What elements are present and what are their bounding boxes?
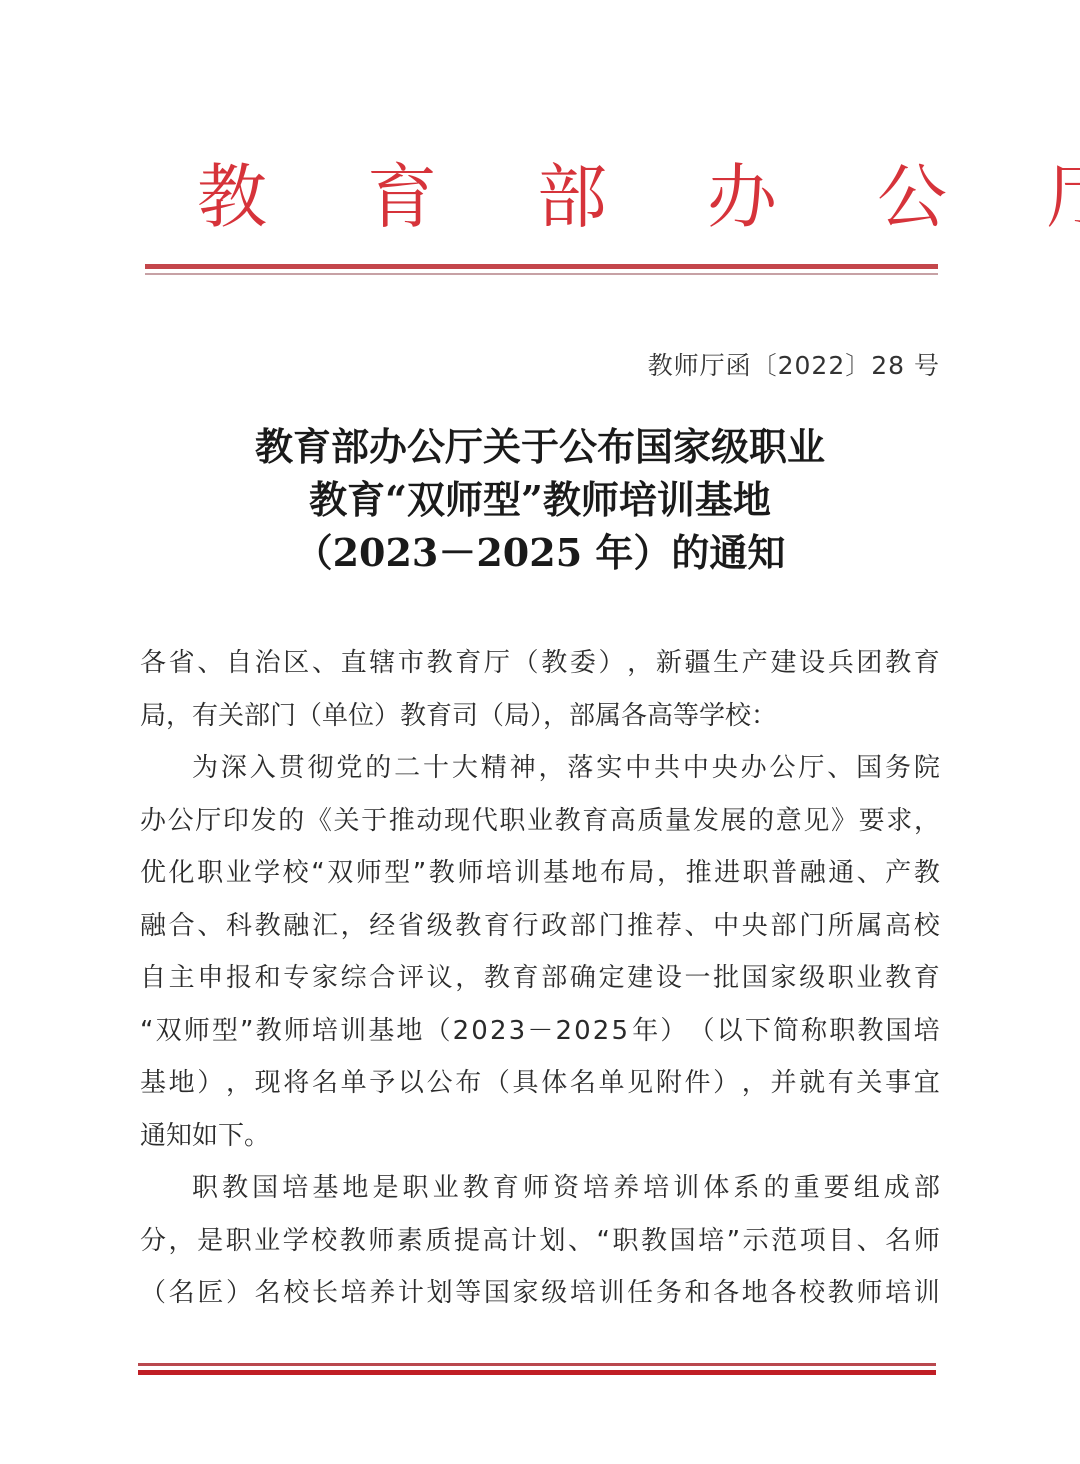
body-line: 通知如下。: [140, 1110, 940, 1163]
title-line: 教育部办公厅关于公布国家级职业: [140, 420, 940, 473]
document-page: 教 育 部 办 公 厅 教师厅函〔2022〕28 号 教育部办公厅关于公布国家级…: [0, 0, 1080, 1464]
masthead-char: 厅: [997, 152, 1080, 242]
body-line: “双师型”教师培训基地（2023－2025 年）（以下简称职教国培: [140, 1005, 940, 1058]
body-line: 基地），现将名单予以公布（具体名单见附件），并就有关事宜: [140, 1057, 940, 1110]
masthead-char: 公: [827, 152, 997, 242]
footer-rule-thin: [138, 1363, 936, 1366]
body-line: 局，有关部门（单位）教育司（局），部属各高等学校：: [140, 690, 940, 743]
title-line: 教育“双师型”教师培训基地: [140, 473, 940, 526]
masthead-char: 部: [487, 152, 657, 242]
masthead-char: 育: [317, 152, 487, 242]
masthead-char: 办: [657, 152, 827, 242]
body-line: 自主申报和专家综合评议，教育部确定建设一批国家级职业教育: [140, 952, 940, 1005]
header-rule-thick: [145, 264, 938, 269]
body-line: 融合、科教融汇，经省级教育行政部门推荐、中央部门所属高校: [140, 900, 940, 953]
body-line: 为深入贯彻党的二十大精神，落实中共中央办公厅、国务院: [140, 742, 940, 795]
body-line: 分，是职业学校教师素质提高计划、“职教国培”示范项目、名师: [140, 1215, 940, 1268]
body-line: 职教国培基地是职业教育师资培养培训体系的重要组成部: [140, 1162, 940, 1215]
title-line: （2023－2025 年）的通知: [140, 526, 940, 579]
document-body: 各省、自治区、直辖市教育厅（教委），新疆生产建设兵团教育 局，有关部门（单位）教…: [140, 637, 940, 1320]
document-title: 教育部办公厅关于公布国家级职业 教育“双师型”教师培训基地 （2023－2025…: [140, 420, 940, 579]
body-line: 办公厅印发的《关于推动现代职业教育高质量发展的意见》要求，: [140, 795, 940, 848]
header-rule-thin: [145, 273, 938, 275]
footer-rule-thick: [138, 1370, 936, 1375]
body-line: （名匠）名校长培养计划等国家级培训任务和各地各校教师培训: [140, 1267, 940, 1320]
paragraph-2: 职教国培基地是职业教育师资培养培训体系的重要组成部 分，是职业学校教师素质提高计…: [140, 1162, 940, 1320]
paragraph-1: 为深入贯彻党的二十大精神，落实中共中央办公厅、国务院 办公厅印发的《关于推动现代…: [140, 742, 940, 1162]
body-line: 各省、自治区、直辖市教育厅（教委），新疆生产建设兵团教育: [140, 637, 940, 690]
addressee-block: 各省、自治区、直辖市教育厅（教委），新疆生产建设兵团教育 局，有关部门（单位）教…: [140, 637, 940, 742]
body-line: 优化职业学校“双师型”教师培训基地布局，推进职普融通、产教: [140, 847, 940, 900]
masthead-char: 教: [145, 152, 317, 242]
masthead-issuer: 教 育 部 办 公 厅: [145, 152, 938, 242]
document-number: 教师厅函〔2022〕28 号: [648, 346, 940, 386]
